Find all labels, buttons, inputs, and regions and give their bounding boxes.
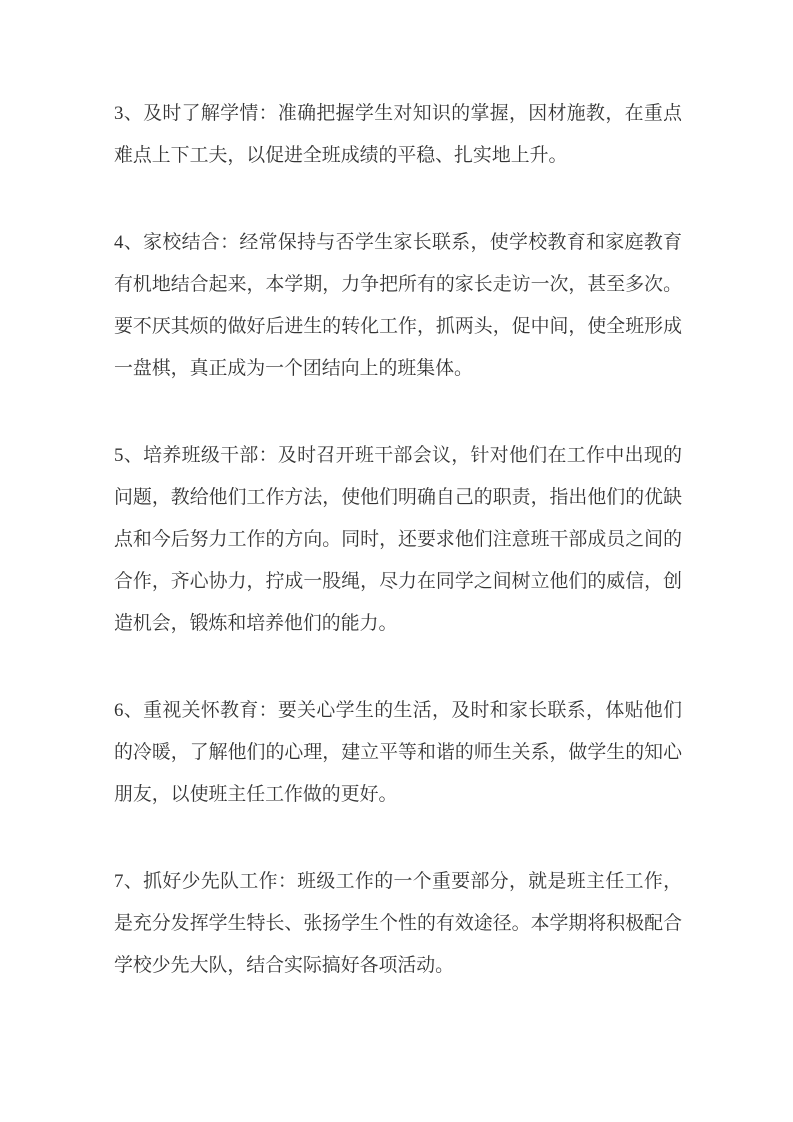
document-page: 3、及时了解学情：准确把握学生对知识的掌握，因材施教，在重点难点上下工夫，以促进…: [0, 0, 793, 1122]
paragraph-item-7: 7、抓好少先队工作：班级工作的一个重要部分，就是班主任工作，是充分发挥学生特长、…: [114, 861, 682, 987]
paragraph-item-4: 4、家校结合：经常保持与否学生家长联系，使学校教育和家庭教育有机地结合起来，本学…: [114, 222, 682, 390]
paragraph-item-5: 5、培养班级干部：及时召开班干部会议，针对他们在工作中出现的问题，教给他们工作方…: [114, 435, 682, 645]
paragraph-item-6: 6、重视关怀教育：要关心学生的生活，及时和家长联系，体贴他们的冷暖，了解他们的心…: [114, 690, 682, 816]
paragraph-item-3: 3、及时了解学情：准确把握学生对知识的掌握，因材施教，在重点难点上下工夫，以促进…: [114, 93, 682, 177]
